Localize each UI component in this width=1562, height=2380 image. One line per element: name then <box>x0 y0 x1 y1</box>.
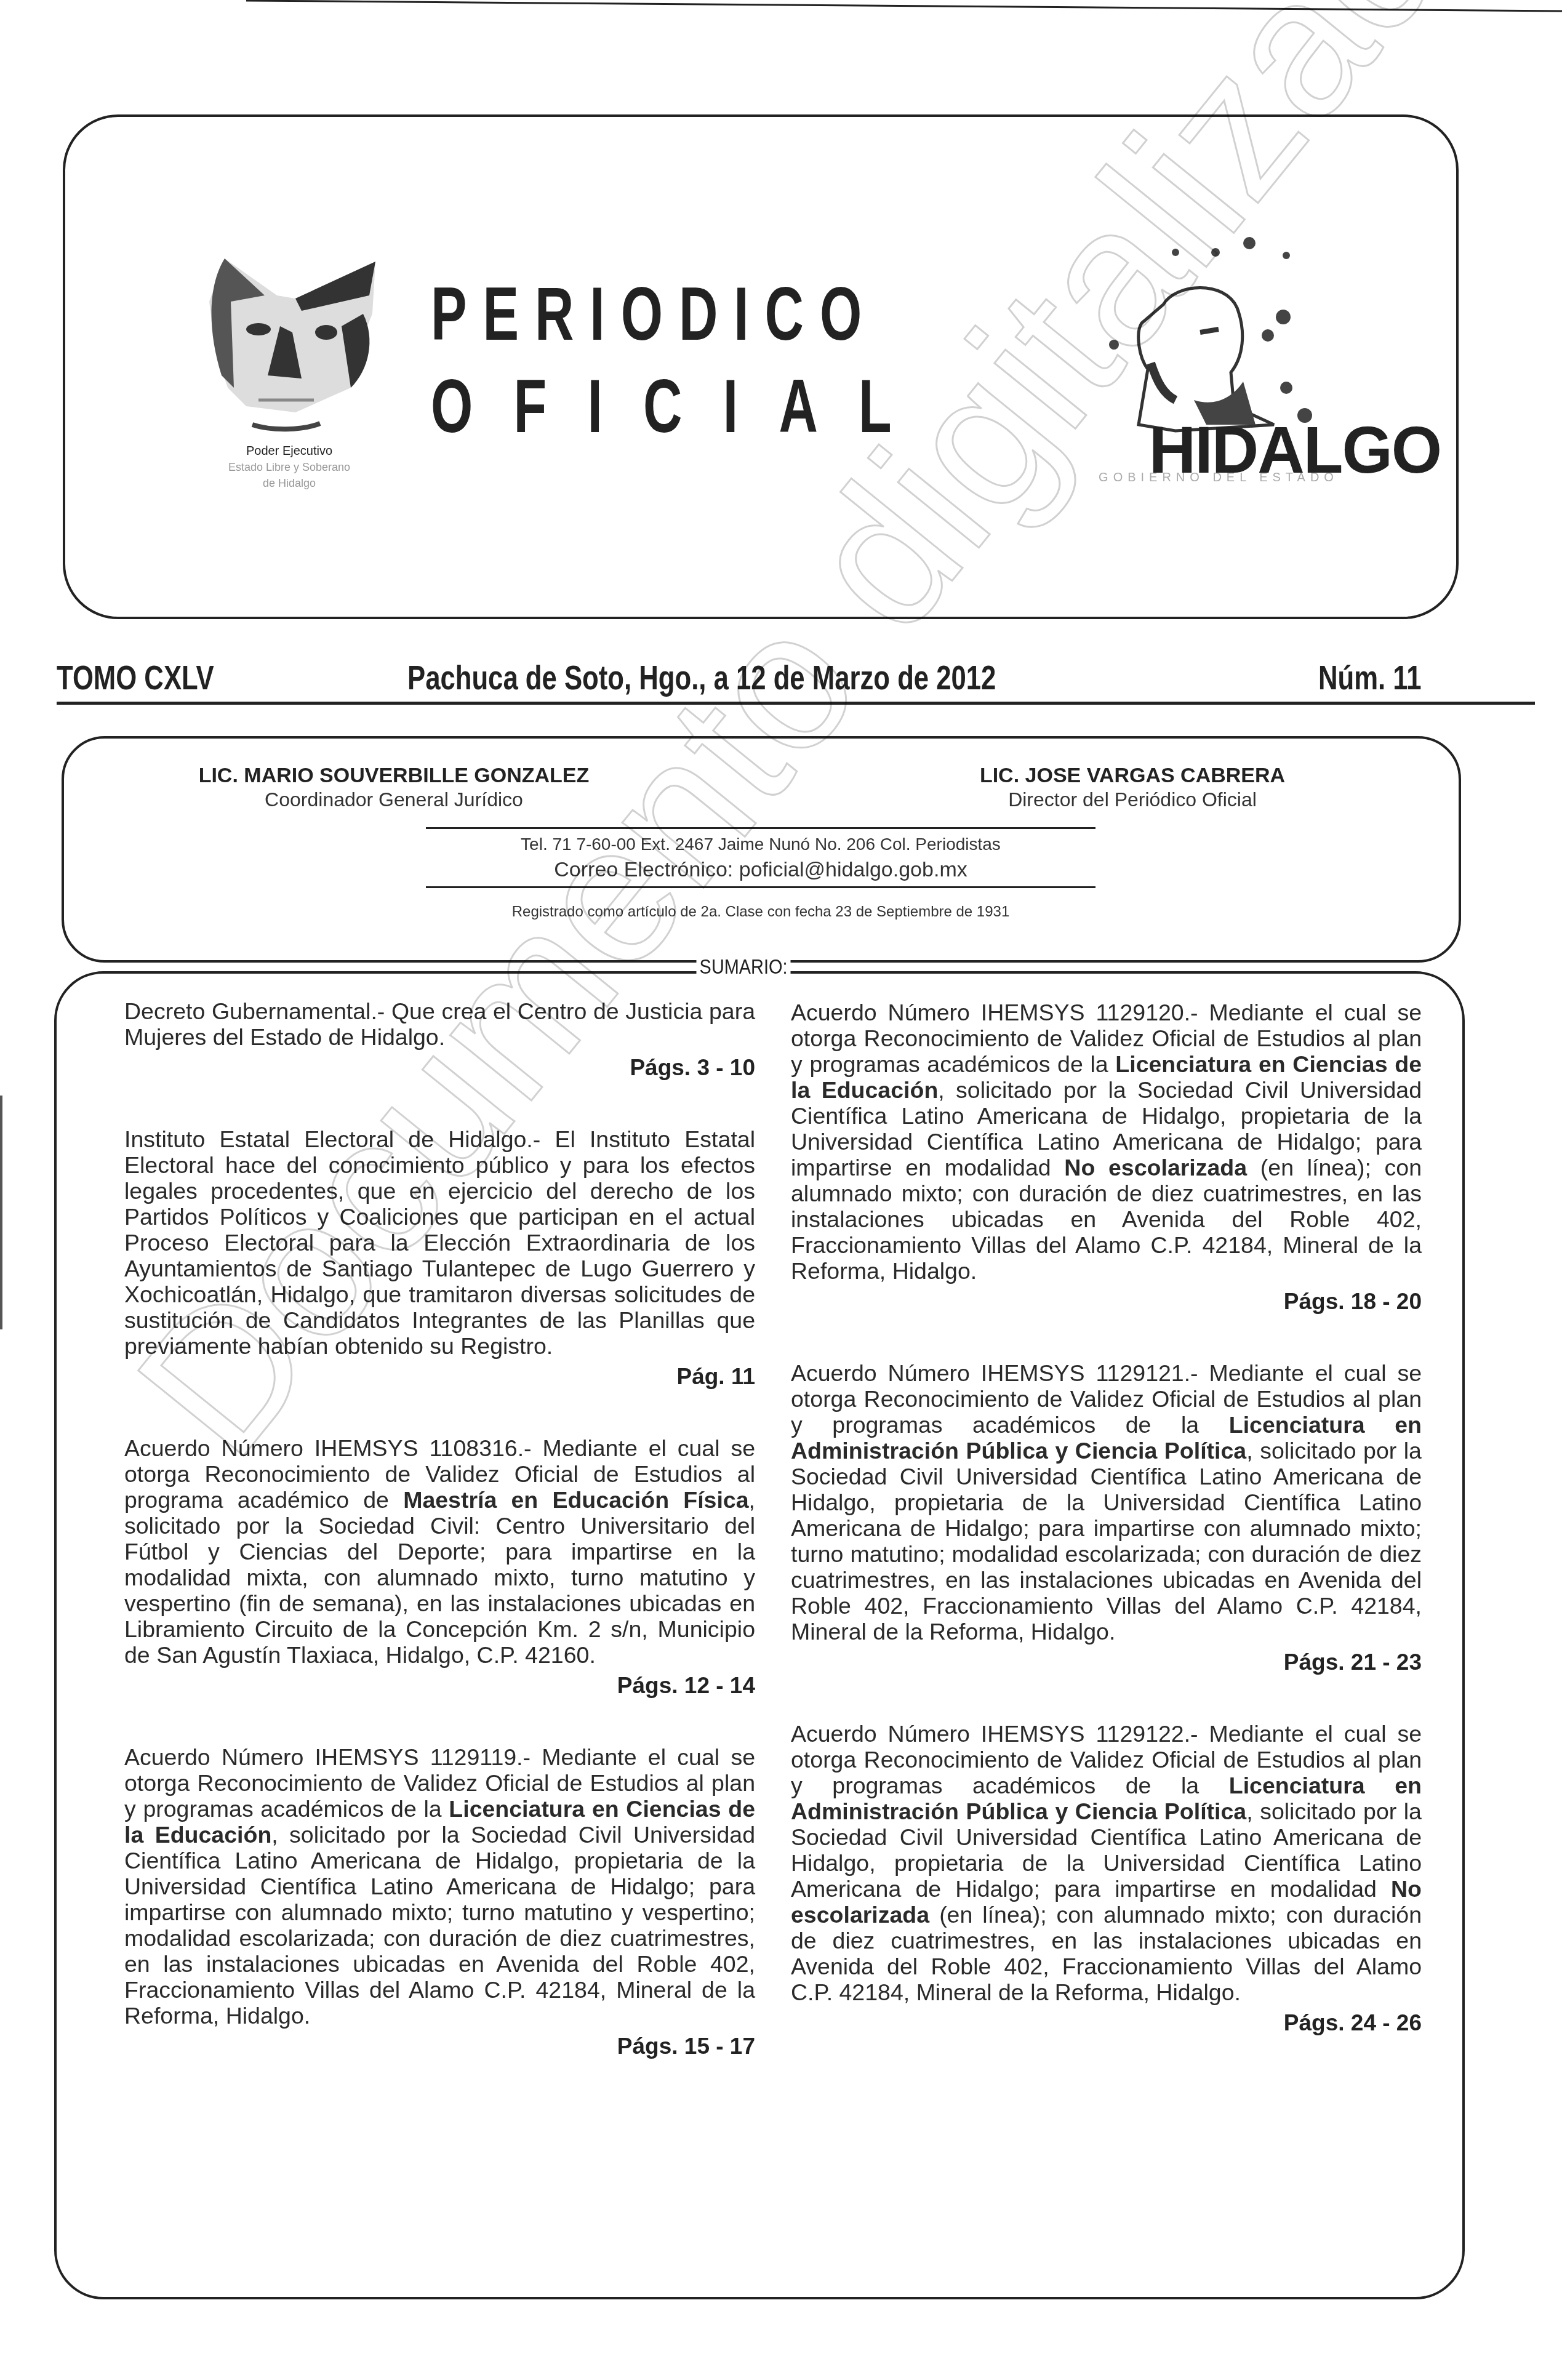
entry-description: Acuerdo Número IHEMSYS 1129121.- Mediant… <box>791 1360 1422 1645</box>
sumario-right-column: Acuerdo Número IHEMSYS 1129120.- Mediant… <box>791 1000 1422 2036</box>
directory-coordinator: LIC. MARIO SOUVERBILLE GONZALEZ Coordina… <box>160 763 628 811</box>
coordinator-role: Coordinador General Jurídico <box>160 788 628 811</box>
scan-edge-line <box>246 0 1562 12</box>
tomo-label: TOMO CXLV <box>57 657 214 697</box>
sumario-entry: Acuerdo Número IHEMSYS 1129119.- Mediant… <box>124 1744 755 2059</box>
contact-phone-address: Tel. 71 7-60-00 Ext. 2467 Jaime Nunó No.… <box>426 835 1095 854</box>
entry-description: Acuerdo Número IHEMSYS 1129120.- Mediant… <box>791 1000 1422 1284</box>
header-rule <box>57 702 1535 705</box>
scan-edge-mark <box>0 1096 2 1329</box>
poder-ejecutivo-caption: Poder Ejecutivo Estado Libre y Soberano … <box>148 443 431 491</box>
entry-description: Acuerdo Número IHEMSYS 1129119.- Mediant… <box>124 1744 755 2029</box>
contact-rule-top <box>426 827 1095 829</box>
title-oficial: OFICIAL <box>431 363 932 449</box>
sumario-entry: Decreto Gubernamental.- Que crea el Cent… <box>124 998 755 1081</box>
state-shield-portrait-icon <box>172 228 400 437</box>
issue-number: Núm. 11 <box>1318 657 1422 697</box>
entry-pages: Págs. 21 - 23 <box>791 1649 1422 1675</box>
coordinator-name: LIC. MARIO SOUVERBILLE GONZALEZ <box>160 763 628 788</box>
entry-pages: Págs. 18 - 20 <box>791 1289 1422 1315</box>
entry-pages: Págs. 15 - 17 <box>124 2033 755 2059</box>
sumario-left-column: Decreto Gubernamental.- Que crea el Cent… <box>124 998 755 2059</box>
gobierno-del-estado-caption: GOBIERNO DEL ESTADO <box>1095 471 1342 485</box>
entry-spacer <box>791 1315 1422 1360</box>
sumario-entry: Acuerdo Número IHEMSYS 1129122.- Mediant… <box>791 1721 1422 2036</box>
entry-spacer <box>791 1675 1422 1721</box>
entry-pages: Págs. 24 - 26 <box>791 2010 1422 2036</box>
director-role: Director del Periódico Oficial <box>935 788 1329 811</box>
sumario-entry: Instituto Estatal Electoral de Hidalgo.-… <box>124 1126 755 1390</box>
caption-line-2: Estado Libre y Soberano <box>148 459 431 475</box>
entry-description: Decreto Gubernamental.- Que crea el Cent… <box>124 998 755 1050</box>
sumario-entry: Acuerdo Número IHEMSYS 1129121.- Mediant… <box>791 1360 1422 1675</box>
entry-pages: Págs. 3 - 10 <box>124 1055 755 1081</box>
issue-info-bar: TOMO CXLV Pachuca de Soto, Hgo., a 12 de… <box>57 657 1534 700</box>
caption-line-1: Poder Ejecutivo <box>148 443 431 459</box>
registration-note: Registrado como artículo de 2a. Clase co… <box>426 904 1095 921</box>
city-date: Pachuca de Soto, Hgo., a 12 de Marzo de … <box>407 657 996 697</box>
entry-spacer <box>124 1390 755 1435</box>
sumario-heading: SUMARIO: <box>697 955 791 979</box>
director-name: LIC. JOSE VARGAS CABRERA <box>935 763 1329 788</box>
caption-line-3: de Hidalgo <box>148 475 431 491</box>
entry-description: Instituto Estatal Electoral de Hidalgo.-… <box>124 1126 755 1359</box>
sumario-entry: Acuerdo Número IHEMSYS 1129120.- Mediant… <box>791 1000 1422 1315</box>
entry-spacer <box>124 1081 755 1126</box>
title-periodico: PERIODICO <box>431 271 878 357</box>
sumario-entry: Acuerdo Número IHEMSYS 1108316.- Mediant… <box>124 1435 755 1699</box>
entry-description: Acuerdo Número IHEMSYS 1108316.- Mediant… <box>124 1435 755 1668</box>
directory-director: LIC. JOSE VARGAS CABRERA Director del Pe… <box>935 763 1329 811</box>
contact-rule-bottom <box>426 886 1095 888</box>
contact-email: Correo Electrónico: poficial@hidalgo.gob… <box>426 858 1095 882</box>
entry-spacer <box>124 1699 755 1744</box>
entry-pages: Pág. 11 <box>124 1364 755 1390</box>
entry-description: Acuerdo Número IHEMSYS 1129122.- Mediant… <box>791 1721 1422 2005</box>
entry-pages: Págs. 12 - 14 <box>124 1673 755 1699</box>
